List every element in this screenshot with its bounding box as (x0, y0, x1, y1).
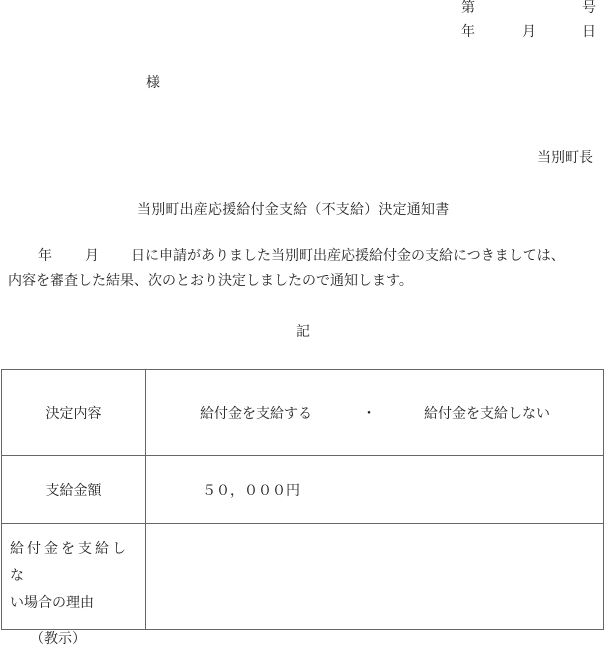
body-line2: 内容を審査した結果、次のとおり決定しましたので通知します。 (8, 273, 413, 289)
amount-text: ５０，０００円 (202, 480, 300, 500)
ki-heading: 記 (296, 324, 310, 340)
body-line1: 日に申請がありました当別町出産応援給付金の支給につきましては、 (131, 248, 565, 264)
addressee-honorific: 様 (146, 75, 160, 91)
reason-label-line2: い場合の理由 (10, 590, 145, 617)
sender: 当別町長 (537, 150, 593, 166)
date-year: 年 (461, 24, 475, 40)
date-month: 月 (522, 24, 536, 40)
amount-value: ５０，０００円 (146, 456, 603, 523)
option-separator: ・ (362, 403, 376, 423)
reason-label: 給付金を支給しな い場合の理由 (2, 524, 146, 629)
option-no-pay[interactable]: 給付金を支給しない (424, 403, 550, 423)
reason-value[interactable] (146, 524, 603, 629)
table-row-reason: 給付金を支給しな い場合の理由 (2, 524, 603, 629)
decision-table: 決定内容 給付金を支給する ・ 給付金を支給しない 支給金額 ５０，０００円 給… (1, 369, 604, 630)
decision-value: 給付金を支給する ・ 給付金を支給しない (146, 370, 603, 455)
decision-label: 決定内容 (2, 370, 146, 455)
table-row-decision: 決定内容 給付金を支給する ・ 給付金を支給しない (2, 370, 603, 456)
reason-label-line1: 給付金を支給しな (10, 536, 145, 590)
number-suffix: 号 (582, 0, 596, 16)
body-year: 年 (38, 248, 52, 264)
amount-label: 支給金額 (2, 456, 146, 523)
table-row-amount: 支給金額 ５０，０００円 (2, 456, 603, 524)
instruction-heading: （教示） (30, 631, 86, 647)
body-month: 月 (85, 248, 99, 264)
option-pay[interactable]: 給付金を支給する (200, 403, 312, 423)
number-prefix: 第 (461, 0, 475, 16)
document-title: 当別町出産応援給付金支給（不支給）決定通知書 (137, 202, 449, 218)
date-day: 日 (582, 24, 596, 40)
